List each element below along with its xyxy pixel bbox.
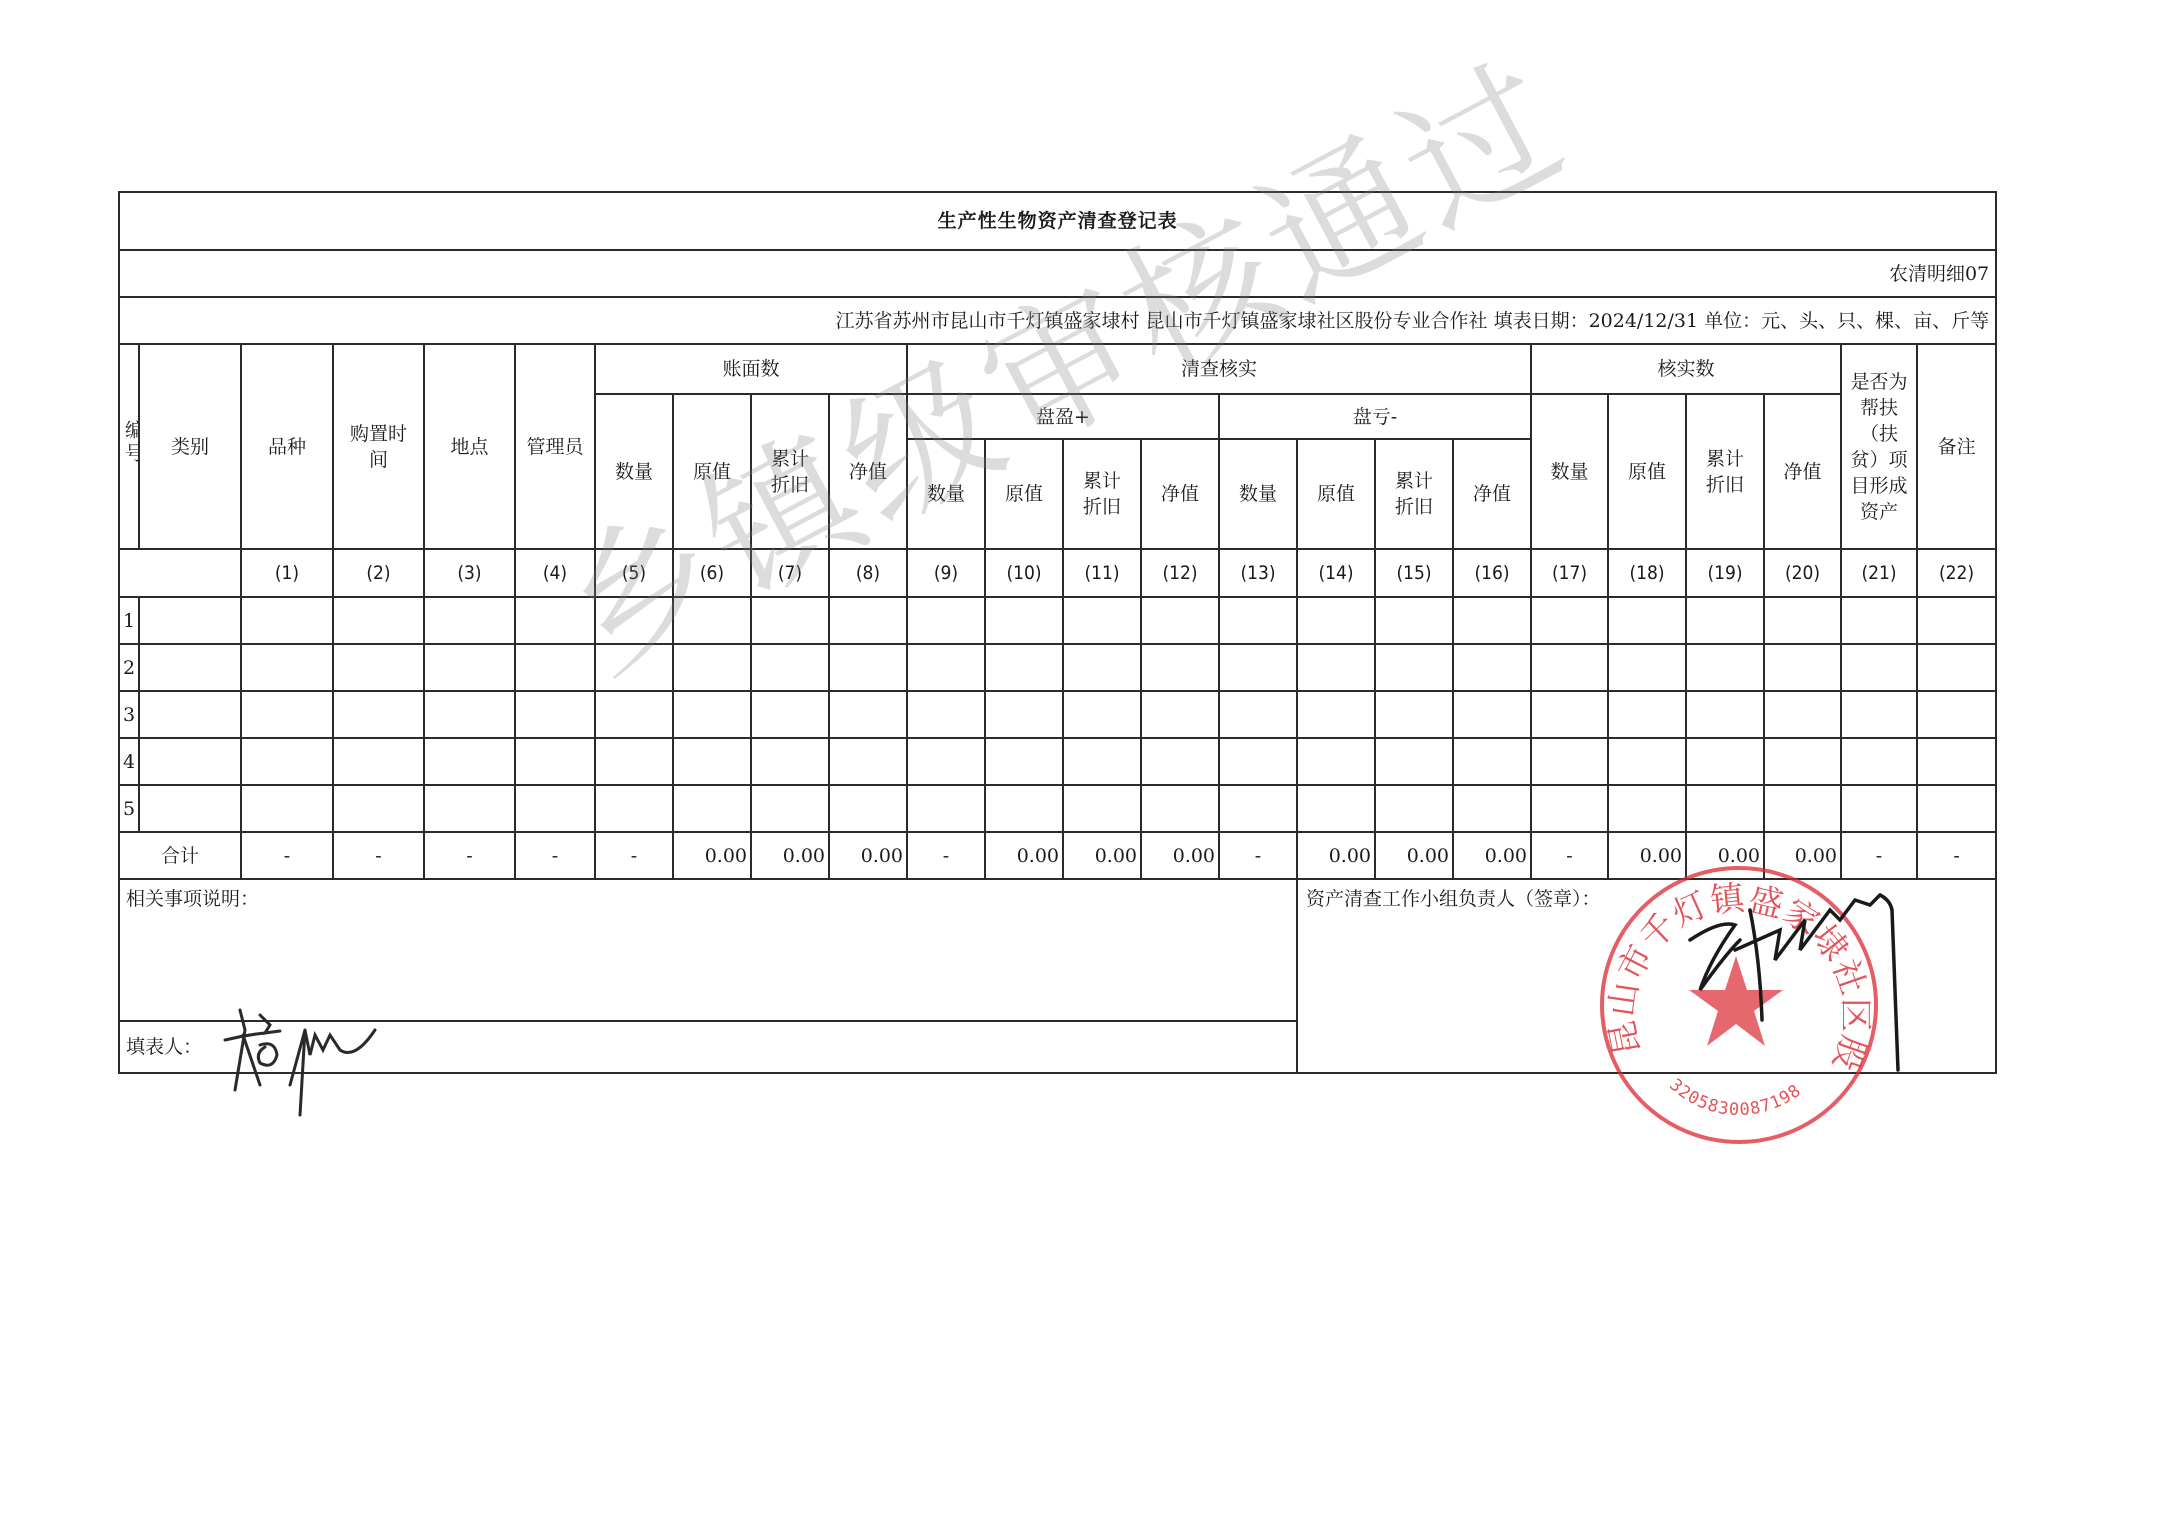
table-cell[interactable] — [333, 785, 424, 832]
cell-category[interactable] — [139, 691, 241, 738]
table-cell[interactable] — [1917, 597, 1996, 644]
header-loss-qty: 数量 — [1219, 439, 1297, 549]
cell-category[interactable] — [139, 597, 241, 644]
column-number: (17) — [1531, 549, 1608, 597]
table-cell[interactable] — [751, 644, 829, 691]
table-cell[interactable] — [595, 738, 673, 785]
table-cell[interactable] — [1531, 785, 1608, 832]
table-cell[interactable] — [515, 691, 595, 738]
header-verified-qty: 数量 — [1531, 394, 1608, 549]
table-cell[interactable] — [1453, 644, 1531, 691]
table-cell[interactable] — [1219, 785, 1297, 832]
column-number: (12) — [1141, 549, 1219, 597]
table-cell[interactable] — [1686, 691, 1764, 738]
table-cell[interactable] — [1063, 691, 1141, 738]
total-cell: 0.00 — [1297, 832, 1375, 879]
table-cell[interactable] — [1531, 644, 1608, 691]
table-row: 4 — [119, 738, 1996, 785]
table-cell[interactable] — [424, 691, 515, 738]
total-cell: - — [424, 832, 515, 879]
table-cell[interactable] — [1375, 597, 1453, 644]
table-cell[interactable] — [1063, 785, 1141, 832]
total-cell: 0.00 — [1764, 832, 1841, 879]
table-cell[interactable] — [1686, 785, 1764, 832]
column-number: (22) — [1917, 549, 1996, 597]
column-number: (6) — [673, 549, 751, 597]
table-cell[interactable] — [1453, 738, 1531, 785]
table-cell[interactable] — [241, 597, 333, 644]
total-cell: - — [515, 832, 595, 879]
table-cell[interactable] — [333, 644, 424, 691]
table-cell[interactable] — [1841, 785, 1917, 832]
table-cell[interactable] — [1063, 644, 1141, 691]
preparer-label: 填表人： — [126, 1036, 202, 1058]
row-number: 5 — [119, 785, 139, 832]
table-cell[interactable] — [1608, 644, 1686, 691]
column-number: (4) — [515, 549, 595, 597]
total-cell: - — [1841, 832, 1917, 879]
table-cell[interactable] — [1219, 597, 1297, 644]
total-label: 合计 — [119, 832, 241, 879]
total-cell: 0.00 — [1063, 832, 1141, 879]
table-cell[interactable] — [424, 785, 515, 832]
total-cell: 0.00 — [751, 832, 829, 879]
table-cell[interactable] — [241, 644, 333, 691]
table-cell[interactable] — [907, 691, 985, 738]
table-cell[interactable] — [829, 597, 907, 644]
table-cell[interactable] — [1608, 785, 1686, 832]
total-cell: 0.00 — [829, 832, 907, 879]
header-loss-orig: 原值 — [1297, 439, 1375, 549]
header-id: 编号 — [119, 344, 139, 549]
column-number: (9) — [907, 549, 985, 597]
form-code: 农清明细07 — [119, 250, 1996, 297]
header-surplus-orig: 原值 — [985, 439, 1063, 549]
preparer-field[interactable]: 填表人： — [119, 1021, 1297, 1073]
header-manager: 管理员 — [515, 344, 595, 549]
table-cell[interactable] — [907, 644, 985, 691]
header-surplus-depr: 累计折旧 — [1063, 439, 1141, 549]
table-cell[interactable] — [1764, 644, 1841, 691]
table-cell[interactable] — [751, 785, 829, 832]
table-cell[interactable] — [1297, 597, 1375, 644]
table-cell[interactable] — [907, 738, 985, 785]
total-cell: 0.00 — [1141, 832, 1219, 879]
table-cell[interactable] — [829, 644, 907, 691]
header-book-net: 净值 — [829, 394, 907, 549]
header-book-depr: 累计折旧 — [751, 394, 829, 549]
table-row: 1 — [119, 597, 1996, 644]
header-verified-net: 净值 — [1764, 394, 1841, 549]
table-cell[interactable] — [1375, 785, 1453, 832]
table-cell[interactable] — [241, 691, 333, 738]
table-cell[interactable] — [515, 597, 595, 644]
table-cell[interactable] — [1841, 644, 1917, 691]
header-remark: 备注 — [1917, 344, 1996, 549]
table-cell[interactable] — [595, 644, 673, 691]
header-book: 账面数 — [595, 344, 907, 394]
header-loss-depr: 累计折旧 — [1375, 439, 1453, 549]
total-cell: - — [1531, 832, 1608, 879]
table-cell[interactable] — [1917, 644, 1996, 691]
table-cell[interactable] — [751, 738, 829, 785]
table-cell[interactable] — [1608, 691, 1686, 738]
table-cell[interactable] — [673, 644, 751, 691]
table-cell[interactable] — [907, 785, 985, 832]
total-cell: 0.00 — [1453, 832, 1531, 879]
table-cell[interactable] — [1764, 691, 1841, 738]
column-number: (16) — [1453, 549, 1531, 597]
table-cell[interactable] — [333, 691, 424, 738]
total-cell: - — [595, 832, 673, 879]
asset-register-form: 生产性生物资产清查登记表 农清明细07 江苏省苏州市昆山市千灯镇盛家埭村 昆山市… — [118, 191, 1996, 1074]
table-cell[interactable] — [829, 785, 907, 832]
table-cell[interactable] — [333, 597, 424, 644]
info-line: 江苏省苏州市昆山市千灯镇盛家埭村 昆山市千灯镇盛家埭社区股份专业合作社 填表日期… — [119, 297, 1996, 344]
table-cell[interactable] — [985, 644, 1063, 691]
table-cell[interactable] — [241, 738, 333, 785]
table-cell[interactable] — [751, 691, 829, 738]
table-cell[interactable] — [1764, 597, 1841, 644]
row-number: 3 — [119, 691, 139, 738]
table-cell[interactable] — [1375, 644, 1453, 691]
table-cell[interactable] — [985, 597, 1063, 644]
table-cell[interactable] — [673, 597, 751, 644]
cell-category[interactable] — [139, 738, 241, 785]
responsible-signature-field[interactable]: 资产清查工作小组负责人（签章）： — [1297, 879, 1996, 1073]
column-number: (8) — [829, 549, 907, 597]
table-cell[interactable] — [1297, 691, 1375, 738]
table-cell[interactable] — [1841, 691, 1917, 738]
column-number: (21) — [1841, 549, 1917, 597]
header-category: 类别 — [139, 344, 241, 549]
table-cell[interactable] — [1531, 691, 1608, 738]
total-cell: 0.00 — [985, 832, 1063, 879]
header-verified-depr: 累计折旧 — [1686, 394, 1764, 549]
table-cell[interactable] — [1917, 738, 1996, 785]
column-number: (1) — [241, 549, 333, 597]
table-cell[interactable] — [829, 738, 907, 785]
table-row: 2 — [119, 644, 1996, 691]
total-cell: - — [333, 832, 424, 879]
table-cell[interactable] — [424, 644, 515, 691]
table-cell[interactable] — [1219, 644, 1297, 691]
table-cell[interactable] — [829, 691, 907, 738]
column-number: (15) — [1375, 549, 1453, 597]
column-number: (10) — [985, 549, 1063, 597]
svg-text:3205830087198: 3205830087198 — [1665, 1075, 1805, 1120]
column-number: (5) — [595, 549, 673, 597]
table-cell[interactable] — [1453, 597, 1531, 644]
row-number: 2 — [119, 644, 139, 691]
total-row: 合计 -----0.000.000.00-0.000.000.00-0.000.… — [119, 832, 1996, 879]
table-cell[interactable] — [1531, 597, 1608, 644]
notes-label: 相关事项说明： — [126, 888, 259, 910]
header-loss-net: 净值 — [1453, 439, 1531, 549]
table-cell[interactable] — [1686, 738, 1764, 785]
table-cell[interactable] — [1141, 738, 1219, 785]
table-cell[interactable] — [1375, 738, 1453, 785]
column-number-row: (1)(2)(3)(4)(5)(6)(7)(8)(9)(10)(11)(12)(… — [119, 549, 1996, 597]
header-loss: 盘亏- — [1219, 394, 1531, 439]
cell-category[interactable] — [139, 644, 241, 691]
column-number: (13) — [1219, 549, 1297, 597]
table-cell[interactable] — [1141, 691, 1219, 738]
header-book-orig: 原值 — [673, 394, 751, 549]
table-cell[interactable] — [1297, 644, 1375, 691]
table-cell[interactable] — [424, 738, 515, 785]
table-row: 5 — [119, 785, 1996, 832]
table-cell[interactable] — [1764, 785, 1841, 832]
header-verified: 核实数 — [1531, 344, 1841, 394]
table-cell[interactable] — [1063, 738, 1141, 785]
total-cell: - — [907, 832, 985, 879]
header-surplus-net: 净值 — [1141, 439, 1219, 549]
header-poverty: 是否为帮扶（扶贫）项目形成资产 — [1841, 344, 1917, 549]
table-cell[interactable] — [1141, 597, 1219, 644]
table-cell[interactable] — [985, 738, 1063, 785]
column-number: (19) — [1686, 549, 1764, 597]
table-cell[interactable] — [673, 785, 751, 832]
table-cell[interactable] — [1686, 597, 1764, 644]
total-cell: - — [1219, 832, 1297, 879]
total-cell: 0.00 — [1375, 832, 1453, 879]
table-cell[interactable] — [515, 785, 595, 832]
table-cell[interactable] — [1608, 738, 1686, 785]
table-cell[interactable] — [751, 597, 829, 644]
table-cell[interactable] — [1453, 785, 1531, 832]
column-number: (3) — [424, 549, 515, 597]
row-number: 1 — [119, 597, 139, 644]
header-purchase-time: 购置时间 — [333, 344, 424, 549]
header-surplus-qty: 数量 — [907, 439, 985, 549]
header-location: 地点 — [424, 344, 515, 549]
column-number: (20) — [1764, 549, 1841, 597]
column-number: (14) — [1297, 549, 1375, 597]
table-cell[interactable] — [241, 785, 333, 832]
table-cell[interactable] — [1297, 785, 1375, 832]
header-surplus: 盘盈+ — [907, 394, 1219, 439]
table-cell[interactable] — [515, 644, 595, 691]
table-cell[interactable] — [1917, 691, 1996, 738]
table-row: 3 — [119, 691, 1996, 738]
table-cell[interactable] — [985, 691, 1063, 738]
table-cell[interactable] — [1375, 691, 1453, 738]
table-cell[interactable] — [1219, 691, 1297, 738]
header-variety: 品种 — [241, 344, 333, 549]
row-number: 4 — [119, 738, 139, 785]
header-check: 清查核实 — [907, 344, 1531, 394]
table-cell[interactable] — [1297, 738, 1375, 785]
responsible-label: 资产清查工作小组负责人（签章）： — [1306, 888, 1601, 910]
column-number: (18) — [1608, 549, 1686, 597]
table-cell[interactable] — [673, 738, 751, 785]
page-title: 生产性生物资产清查登记表 — [119, 192, 1996, 250]
table-cell[interactable] — [595, 785, 673, 832]
register-table: 生产性生物资产清查登记表 农清明细07 江苏省苏州市昆山市千灯镇盛家埭村 昆山市… — [118, 191, 1997, 1074]
table-cell[interactable] — [1063, 597, 1141, 644]
total-cell: - — [1917, 832, 1996, 879]
column-number: (7) — [751, 549, 829, 597]
table-cell[interactable] — [1141, 644, 1219, 691]
table-cell[interactable] — [1453, 691, 1531, 738]
table-cell[interactable] — [1141, 785, 1219, 832]
header-book-qty: 数量 — [595, 394, 673, 549]
table-cell[interactable] — [515, 738, 595, 785]
column-number: (2) — [333, 549, 424, 597]
table-cell[interactable] — [907, 597, 985, 644]
cell-category[interactable] — [139, 785, 241, 832]
total-cell: - — [241, 832, 333, 879]
table-cell[interactable] — [595, 691, 673, 738]
table-cell[interactable] — [1841, 597, 1917, 644]
table-cell[interactable] — [1219, 738, 1297, 785]
table-cell[interactable] — [333, 738, 424, 785]
table-cell[interactable] — [985, 785, 1063, 832]
table-cell[interactable] — [424, 597, 515, 644]
total-cell: 0.00 — [1608, 832, 1686, 879]
table-cell[interactable] — [1531, 738, 1608, 785]
table-cell[interactable] — [1764, 738, 1841, 785]
total-cell: 0.00 — [673, 832, 751, 879]
table-cell[interactable] — [1608, 597, 1686, 644]
notes-field[interactable]: 相关事项说明： — [119, 879, 1297, 1021]
table-cell[interactable] — [595, 597, 673, 644]
table-cell[interactable] — [1686, 644, 1764, 691]
table-cell[interactable] — [1917, 785, 1996, 832]
total-cell: 0.00 — [1686, 832, 1764, 879]
header-verified-orig: 原值 — [1608, 394, 1686, 549]
table-cell[interactable] — [673, 691, 751, 738]
column-number: (11) — [1063, 549, 1141, 597]
column-number-blank — [119, 549, 241, 597]
table-cell[interactable] — [1841, 738, 1917, 785]
